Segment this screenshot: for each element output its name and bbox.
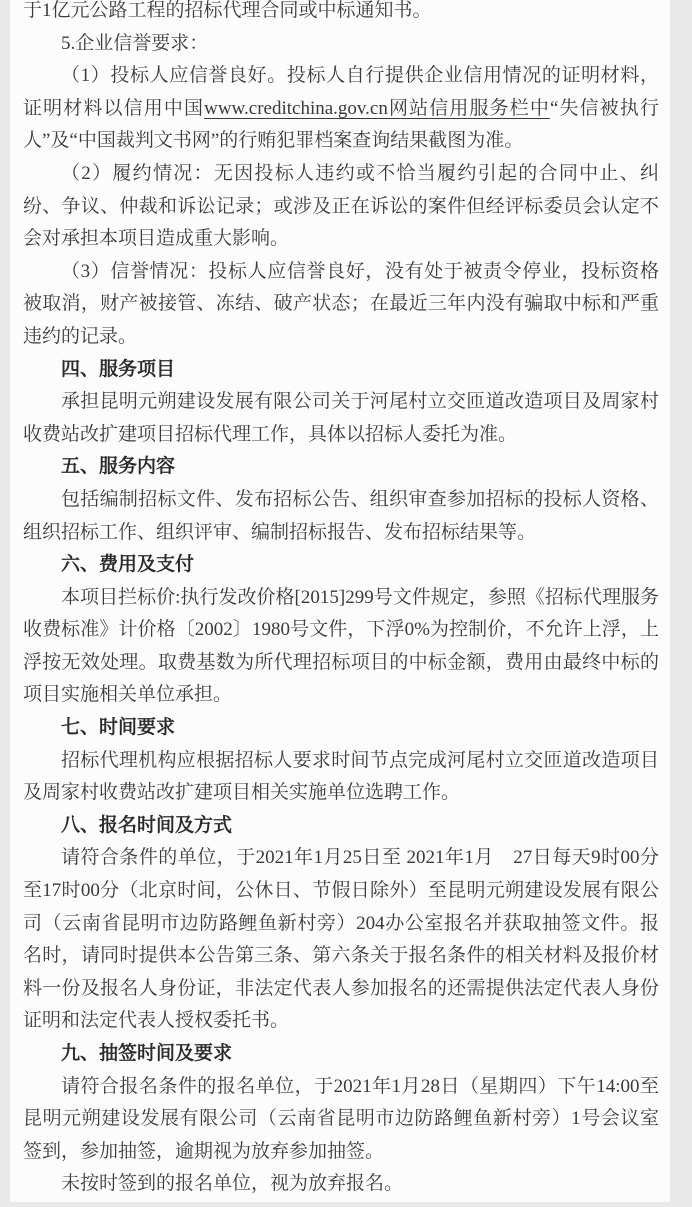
paragraph-no-signin-note: 未按时签到的报名单位，视为放弃报名。 xyxy=(23,1168,659,1201)
heading-time-requirements: 七、时间要求 xyxy=(23,712,659,745)
paragraph-time-requirements: 招标代理机构应根据招标人要求时间节点完成河尾村立交匝道改造项目及周家村收费站改扩… xyxy=(23,745,659,810)
heading-fees-payment: 六、费用及支付 xyxy=(23,549,659,582)
creditchina-link[interactable]: www.creditchina.gov.cn网站信用服务栏中 xyxy=(204,98,550,119)
paragraph-continuation: 于1亿元公路工程的招标代理合同或中标通知书。 xyxy=(23,0,659,28)
paragraph-lottery-time-requirements: 请符合报名条件的报名单位，于2021年1月28日（星期四）下午14:00至昆明元… xyxy=(23,1071,659,1169)
paragraph-fees-payment: 本项目拦标价:执行发改价格[2015]299号文件规定，参照《招标代理服务收费标… xyxy=(23,582,659,712)
heading-lottery-time-requirements: 九、抽签时间及要求 xyxy=(23,1038,659,1071)
paragraph-credit-requirement-title: 5.企业信誉要求： xyxy=(23,28,659,61)
heading-registration-time-method: 八、报名时间及方式 xyxy=(23,810,659,843)
paragraph-service-content: 包括编制招标文件、发布招标公告、组织审查参加招标的投标人资格、组织招标工作、组织… xyxy=(23,484,659,549)
document-page: 于1亿元公路工程的招标代理合同或中标通知书。 5.企业信誉要求： （1）投标人应… xyxy=(10,0,670,1202)
document-content: 于1亿元公路工程的招标代理合同或中标通知书。 5.企业信誉要求： （1）投标人应… xyxy=(10,0,670,1201)
heading-service-items: 四、服务项目 xyxy=(23,354,659,387)
paragraph-credit-item-3: （3）信誉情况：投标人应信誉良好，没有处于被责令停业，投标资格被取消，财产被接管… xyxy=(23,256,659,354)
heading-service-content: 五、服务内容 xyxy=(23,451,659,484)
paragraph-credit-item-2: （2）履约情况：无因投标人违约或不恰当履约引起的合同中止、纠纷、争议、仲裁和诉讼… xyxy=(23,158,659,256)
paragraph-credit-item-1: （1）投标人应信誉良好。投标人自行提供企业信用情况的证明材料，证明材料以信用中国… xyxy=(23,60,659,158)
paragraph-registration-time-method: 请符合条件的单位，于2021年1月25日至 2021年1月 27日每天9时00分… xyxy=(23,842,659,1038)
paragraph-service-items: 承担昆明元朔建设发展有限公司关于河尾村立交匝道改造项目及周家村收费站改扩建项目招… xyxy=(23,386,659,451)
